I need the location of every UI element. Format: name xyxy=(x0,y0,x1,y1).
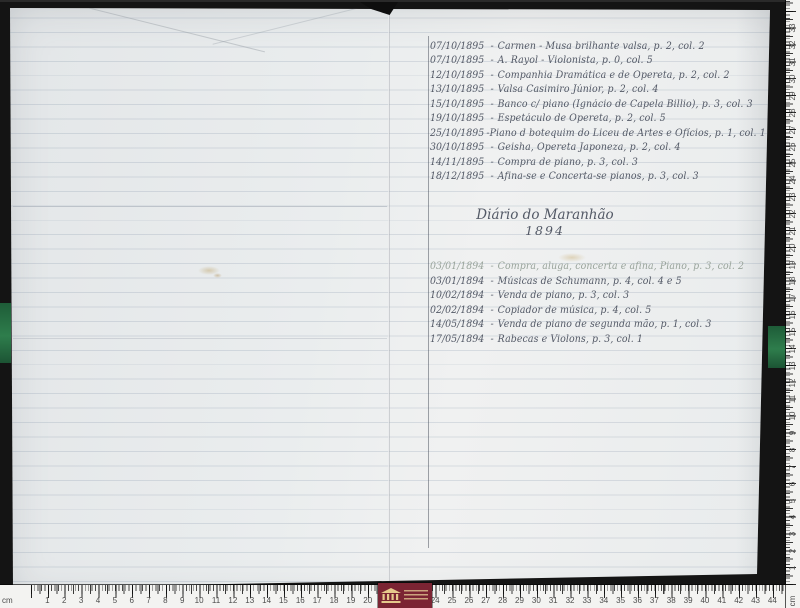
right-ruler-number: 24 xyxy=(788,171,798,189)
entry-separator: - xyxy=(486,98,497,112)
right-ruler-number: 23 xyxy=(788,188,798,206)
entry-text: Rabecas e Violons, p. 3, col. 1 xyxy=(498,333,643,348)
right-ruler-number: 28 xyxy=(788,104,798,122)
entry-date: 07/10/1895 xyxy=(430,54,486,68)
entry-date: 19/10/1895 xyxy=(430,112,486,126)
right-ruler-number: 13 xyxy=(788,357,798,375)
entry-text: A. Rayol - Violonista, p. 0, col. 5 xyxy=(498,54,653,68)
entry-text: Compra de piano, p. 3, col. 3 xyxy=(498,156,638,170)
bottom-ruler-number: 44 xyxy=(762,596,782,605)
right-ruler-number: 4 xyxy=(788,508,798,526)
logo-text-lines xyxy=(404,590,428,602)
entry-row: 02/02/1894 - Copiador de música, p. 4, c… xyxy=(430,304,759,319)
margin-fold-line xyxy=(428,36,429,548)
entry-separator: - xyxy=(486,318,497,333)
entry-text: Músicas de Schumann, p. 4, col. 4 e 5 xyxy=(498,275,682,290)
horizontal-crease xyxy=(13,206,387,207)
entry-row: 25/10/1895 - Piano d botequim do Liceu d… xyxy=(430,127,759,141)
right-ruler-number: 3 xyxy=(788,525,798,543)
entries-list-1895: 07/10/1895 - Carmen - Musa brilhante val… xyxy=(430,40,780,184)
entry-separator: - xyxy=(486,333,497,348)
right-ruler-number: 2 xyxy=(788,542,798,560)
entry-row: 15/10/1895 - Banco c/ piano (Ignácio de … xyxy=(430,98,759,112)
entry-separator: - xyxy=(486,275,497,290)
right-ruler-number: 30 xyxy=(788,70,798,88)
right-ruler-number: 31 xyxy=(788,53,798,71)
right-ruler-number: 27 xyxy=(788,121,798,139)
entry-separator: - xyxy=(486,156,497,170)
right-ruler-number: 5 xyxy=(788,492,798,510)
entry-text: Venda de piano de segunda mão, p. 1, col… xyxy=(498,318,712,333)
entry-text: Compra, aluga, concerta e afina, Piano, … xyxy=(498,260,744,275)
right-ruler-number: 16 xyxy=(788,306,798,324)
entry-date: 25/10/1895 xyxy=(430,127,486,141)
right-ruler-number: 32 xyxy=(788,36,798,54)
center-fold-crease xyxy=(388,8,390,590)
document-page: 07/10/1895 - Carmen - Musa brilhante val… xyxy=(0,0,800,608)
library-building-icon xyxy=(380,587,402,605)
entry-date: 18/12/1895 xyxy=(430,170,486,184)
paper-stain xyxy=(213,273,222,278)
entry-separator: - xyxy=(486,141,497,155)
ruler-unit-label: cm xyxy=(788,594,798,608)
right-ruler-number: 29 xyxy=(788,87,798,105)
entry-separator: - xyxy=(486,112,497,126)
entry-row: 07/10/1895 - A. Rayol - Violonista, p. 0… xyxy=(430,54,759,68)
right-ruler-number: 12 xyxy=(788,374,798,392)
entry-row: 18/12/1895 - Afina-se e Concerta-se pian… xyxy=(430,170,759,184)
right-ruler-number: 1 xyxy=(788,559,798,577)
entry-text: Piano d botequim do Liceu de Artes e Ofí… xyxy=(490,127,784,141)
entry-separator: - xyxy=(486,304,497,319)
entries-list-1894: 03/01/1894 - Compra, aluga, concerta e a… xyxy=(430,260,780,348)
entry-date: 10/02/1894 xyxy=(430,289,486,304)
right-ruler-number: 22 xyxy=(788,205,798,223)
right-ruler-number: 18 xyxy=(788,272,798,290)
entry-row: 03/01/1894 - Compra, aluga, concerta e a… xyxy=(430,260,759,275)
entry-date: 02/02/1894 xyxy=(430,304,486,319)
entry-separator: - xyxy=(486,69,497,83)
entry-date: 14/05/1894 xyxy=(430,318,486,333)
green-cloth-patch-left xyxy=(0,303,11,363)
year-heading: 1894 xyxy=(430,223,660,238)
entry-date: 17/05/1894 xyxy=(430,333,486,348)
right-ruler-number: 21 xyxy=(788,222,798,240)
right-ruler-number: 10 xyxy=(788,407,798,425)
entry-text: Carmen - Musa brilhante valsa, p. 2, col… xyxy=(498,40,705,54)
entry-date: 30/10/1895 xyxy=(430,141,486,155)
scan-canvas: 07/10/1895 - Carmen - Musa brilhante val… xyxy=(0,0,800,608)
horizontal-crease xyxy=(13,338,387,339)
paper-sheet: 07/10/1895 - Carmen - Musa brilhante val… xyxy=(0,0,800,608)
right-ruler-number: 33 xyxy=(788,19,798,37)
right-ruler-number: 11 xyxy=(788,390,798,408)
library-logo xyxy=(378,583,432,608)
entry-date: 14/11/1895 xyxy=(430,156,486,170)
entry-row: 07/10/1895 - Carmen - Musa brilhante val… xyxy=(430,40,759,54)
entry-separator: - xyxy=(486,260,497,275)
right-ruler-number: 8 xyxy=(788,441,798,459)
right-ruler-number: 25 xyxy=(788,154,798,172)
entry-row: 14/11/1895 - Compra de piano, p. 3, col.… xyxy=(430,156,759,170)
entry-text: Espetáculo de Opereta, p. 2, col. 5 xyxy=(498,112,666,126)
entry-date: 12/10/1895 xyxy=(430,69,486,83)
entry-date: 03/01/1894 xyxy=(430,260,486,275)
entry-row: 19/10/1895 - Espetáculo de Opereta, p. 2… xyxy=(430,112,759,126)
entry-date: 07/10/1895 xyxy=(430,40,486,54)
entry-row: 14/05/1894 - Venda de piano de segunda m… xyxy=(430,318,759,333)
entry-separator: - xyxy=(486,289,497,304)
entry-text: Geisha, Opereta Japoneza, p. 2, col. 4 xyxy=(498,141,681,155)
entry-text: Copiador de música, p. 4, col. 5 xyxy=(498,304,652,319)
right-ruler-number: 26 xyxy=(788,138,798,156)
newspaper-title: Diário do Maranhão xyxy=(430,208,660,223)
entry-row: 30/10/1895 - Geisha, Opereta Japoneza, p… xyxy=(430,141,759,155)
entry-separator: - xyxy=(486,170,497,184)
right-ruler-number: 6 xyxy=(788,475,798,493)
entry-separator: - xyxy=(486,54,497,68)
entry-separator: - xyxy=(486,40,497,54)
entry-text: Banco c/ piano (Ignácio de Capela Billio… xyxy=(498,98,753,112)
right-ruler-number: 20 xyxy=(788,239,798,257)
entry-row: 13/10/1895 - Valsa Casimiro Júnior, p. 2… xyxy=(430,83,759,97)
entry-date: 13/10/1895 xyxy=(430,83,486,97)
right-ruler: cm 1234567891011121314151617181920212223… xyxy=(786,0,800,608)
entry-row: 17/05/1894 - Rabecas e Violons, p. 3, co… xyxy=(430,333,759,348)
entry-separator: - xyxy=(486,83,497,97)
section-heading: Diário do Maranhão 1894 xyxy=(430,208,660,238)
entry-text: Venda de piano, p. 3, col. 3 xyxy=(498,289,630,304)
right-ruler-number: 9 xyxy=(788,424,798,442)
entry-text: Valsa Casimiro Júnior, p. 2, col. 4 xyxy=(498,83,659,97)
entry-text: Afina-se e Concerta-se pianos, p. 3, col… xyxy=(498,170,699,184)
right-ruler-number: 7 xyxy=(788,458,798,476)
entry-date: 15/10/1895 xyxy=(430,98,486,112)
right-ruler-number: 17 xyxy=(788,289,798,307)
entry-row: 12/10/1895 - Companhia Dramática e de Op… xyxy=(430,69,759,83)
right-ruler-number: 19 xyxy=(788,256,798,274)
entry-text: Companhia Dramática e de Opereta, p. 2, … xyxy=(498,69,730,83)
entry-row: 03/01/1894 - Músicas de Schumann, p. 4, … xyxy=(430,275,759,290)
right-ruler-number: 15 xyxy=(788,323,798,341)
right-ruler-number: 14 xyxy=(788,340,798,358)
green-cloth-patch-right xyxy=(768,326,787,368)
entry-date: 03/01/1894 xyxy=(430,275,486,290)
entry-row: 10/02/1894 - Venda de piano, p. 3, col. … xyxy=(430,289,759,304)
